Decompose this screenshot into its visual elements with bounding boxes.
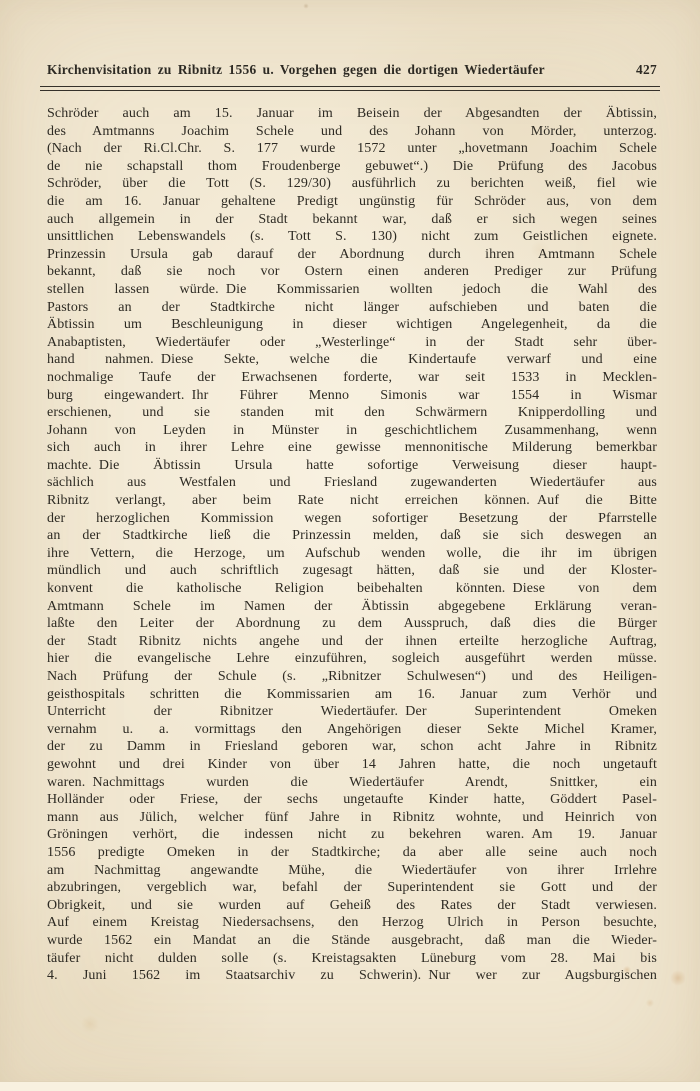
text-line: gewohnt und drei Kinder von über 14 Jahr… (47, 756, 657, 774)
text-line: geisthospitals schritten die Kommissarie… (47, 686, 657, 704)
text-line: ihre Vettern, die Herzoge, um Aufschub w… (47, 545, 657, 563)
book-page: Kirchenvisitation zu Ribnitz 1556 u. Vor… (0, 0, 700, 1091)
text-line: des Amtmanns Joachim Schele und des Joha… (47, 123, 657, 141)
text-line: Amtmann Schele im Namen der Äbtissin abg… (47, 598, 657, 616)
text-line: die am 16. Januar gehaltene Predigt ungü… (47, 193, 657, 211)
text-line: Anabaptisten, Wiedertäufer oder „Westerl… (47, 334, 657, 352)
page-bottom-edge (0, 1081, 700, 1091)
text-line: Äbtissin um Beschleunigung in dieser wic… (47, 316, 657, 334)
text-line: abzubringen, vergeblich war, befahl der … (47, 879, 657, 897)
text-line: mündlich und auch schriftlich zugesagt h… (47, 562, 657, 580)
page-body-text: Schröder auch am 15. Januar im Beisein d… (47, 105, 657, 985)
text-line: Gröningen verhört, die indessen nicht zu… (47, 826, 657, 844)
text-line: sächlich aus Westfalen und Friesland zug… (47, 474, 657, 492)
running-header: Kirchenvisitation zu Ribnitz 1556 u. Vor… (47, 62, 657, 78)
text-line: de nie schapstall thom Froudenberge gebu… (47, 158, 657, 176)
text-line: Nach Prüfung der Schule (s. „Ribnitzer S… (47, 668, 657, 686)
text-line: vernahm u. a. vormittags den Angehörigen… (47, 721, 657, 739)
page-number: 427 (636, 62, 657, 78)
text-line: machte. Die Äbtissin Ursula hatte sofort… (47, 457, 657, 475)
text-line: 1556 predigte Omeken in der Stadtkirche;… (47, 844, 657, 862)
text-line: waren. Nachmittags wurden die Wiedertäuf… (47, 774, 657, 792)
text-line: Obrigkeit, und sie wurden auf Geheiß des… (47, 897, 657, 915)
text-line: Prinzessin Ursula gab darauf der Abordnu… (47, 246, 657, 264)
text-line: der herzoglichen Kommission wegen sofort… (47, 510, 657, 528)
header-double-rule (40, 86, 660, 91)
text-line: stellen lassen würde. Die Kommissarien w… (47, 281, 657, 299)
text-line: Schröder, über die Tott (S. 129/30) ausf… (47, 175, 657, 193)
text-line: sich auch in ihrer Lehre eine gewisse me… (47, 439, 657, 457)
text-line: 4. Juni 1562 im Staatsarchiv zu Schwerin… (47, 967, 657, 985)
text-line: burg eingewandert. Ihr Führer Menno Simo… (47, 387, 657, 405)
text-line: Ribnitz verlangt, aber beim Rate nicht e… (47, 492, 657, 510)
text-line: Johann von Leyden in Münster in geschich… (47, 422, 657, 440)
text-line: täufer nicht dulden solle (s. Kreistagsa… (47, 950, 657, 968)
text-line: hand nahmen. Diese Sekte, welche die Kin… (47, 351, 657, 369)
text-line: Auf einem Kreistag Niedersachsens, den H… (47, 914, 657, 932)
text-line: nochmalige Taufe der Erwachsenen fordert… (47, 369, 657, 387)
text-line: mann aus Jülich, welcher fünf Jahre in R… (47, 809, 657, 827)
text-line: der zu Damm in Friesland geboren war, sc… (47, 738, 657, 756)
text-line: (Nach der Ri.Cl.Chr. S. 177 wurde 1572 u… (47, 140, 657, 158)
text-line: bekannt, daß sie noch vor Ostern einen a… (47, 263, 657, 281)
text-line: Unterricht der Ribnitzer Wiedertäufer. D… (47, 703, 657, 721)
text-line: wurde 1562 ein Mandat an die Stände ausg… (47, 932, 657, 950)
text-line: konvent die katholische Religion beibeha… (47, 580, 657, 598)
text-line: am Nachmittag angewandte Mühe, die Wiede… (47, 862, 657, 880)
text-line: laßte den Leiter der Abordnung zu dem Au… (47, 615, 657, 633)
text-line: Pastors an der Stadtkirche nicht länger … (47, 299, 657, 317)
header-title: Kirchenvisitation zu Ribnitz 1556 u. Vor… (47, 62, 545, 78)
text-line: hier die evangelische Lehre einzuführen,… (47, 650, 657, 668)
text-line: an der Stadtkirche ließ die Prinzessin m… (47, 527, 657, 545)
text-line: der Stadt Ribnitz nichts angehe und der … (47, 633, 657, 651)
text-line: unsittlichen Lebenswandels (s. Tott S. 1… (47, 228, 657, 246)
text-line: Schröder auch am 15. Januar im Beisein d… (47, 105, 657, 123)
text-line: erschienen, und sie standen mit den Schw… (47, 404, 657, 422)
text-line: Holländer oder Friese, der sechs ungetau… (47, 791, 657, 809)
text-line: auch allgemein in der Stadt bekannt war,… (47, 211, 657, 229)
